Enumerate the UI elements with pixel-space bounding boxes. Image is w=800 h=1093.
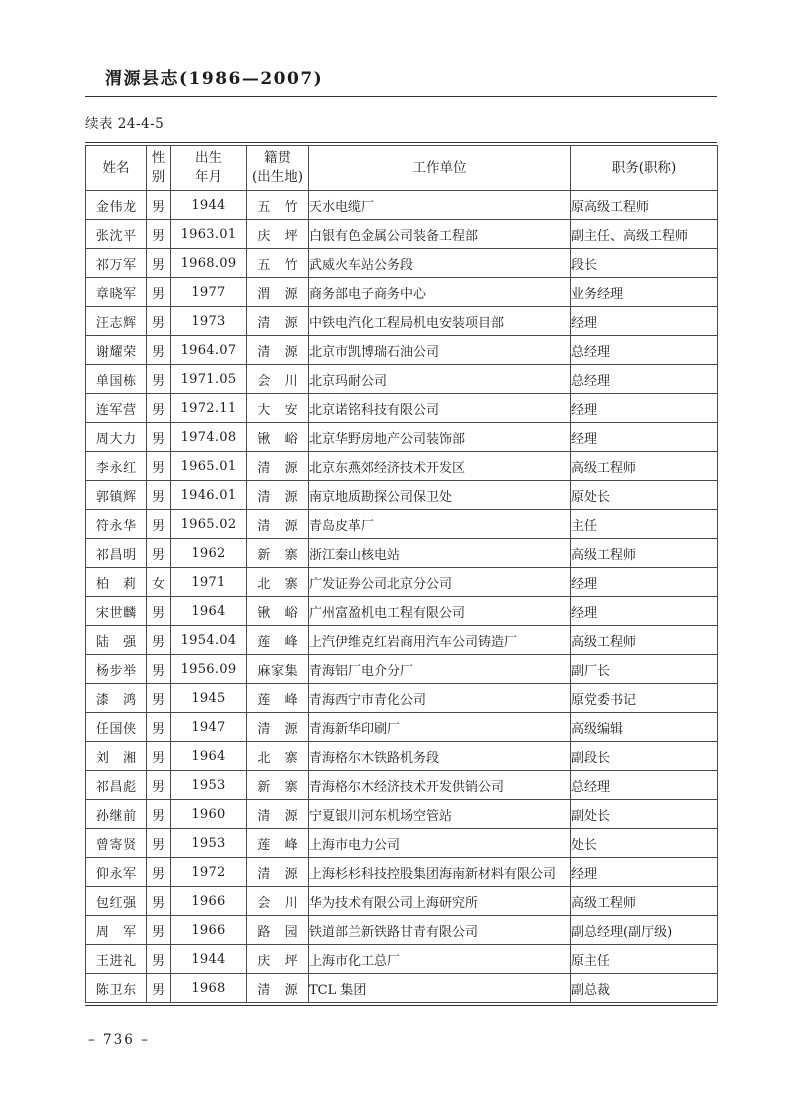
cell-title: 经理 xyxy=(571,394,718,423)
cell-name: 金伟龙 xyxy=(86,191,147,220)
cell-unit: 白银有色金属公司装备工程部 xyxy=(309,220,571,249)
table-row: 祁万军 男 1968.09 五竹 武威火车站公务段 段长 xyxy=(86,249,718,278)
cell-birth: 1944 xyxy=(171,945,247,974)
cell-gender: 男 xyxy=(147,887,171,916)
cell-unit: TCL 集团 xyxy=(309,974,571,1003)
cell-unit: 天水电缆厂 xyxy=(309,191,571,220)
cell-title: 高级工程师 xyxy=(571,887,718,916)
cell-name: 漆鸿 xyxy=(86,684,147,713)
table-caption: 续表 24-4-5 xyxy=(85,112,164,132)
cell-gender: 男 xyxy=(147,829,171,858)
column-header-birth: 出生 年月 xyxy=(171,146,247,191)
cell-birth: 1956.09 xyxy=(171,655,247,684)
cell-origin: 莲峰 xyxy=(247,626,309,655)
table-row: 宋世麟 男 1964 锹峪 广州富盈机电工程有限公司 经理 xyxy=(86,597,718,626)
table-row: 汪志辉 男 1973 清源 中铁电汽化工程局机电安装项目部 经理 xyxy=(86,307,718,336)
cell-unit: 北京诺铭科技有限公司 xyxy=(309,394,571,423)
cell-name: 符永华 xyxy=(86,510,147,539)
cell-gender: 男 xyxy=(147,307,171,336)
cell-gender: 男 xyxy=(147,539,171,568)
column-header-name: 姓名 xyxy=(86,146,147,191)
cell-birth: 1964 xyxy=(171,597,247,626)
cell-unit: 南京地质勘探公司保卫处 xyxy=(309,481,571,510)
cell-gender: 男 xyxy=(147,394,171,423)
cell-title: 经理 xyxy=(571,307,718,336)
cell-title: 副处长 xyxy=(571,800,718,829)
cell-title: 原处长 xyxy=(571,481,718,510)
cell-birth: 1964 xyxy=(171,742,247,771)
cell-title: 总经理 xyxy=(571,365,718,394)
cell-origin: 大安 xyxy=(247,394,309,423)
table-row: 王进礼 男 1944 庆坪 上海市化工总厂 原主任 xyxy=(86,945,718,974)
cell-title: 经理 xyxy=(571,423,718,452)
cell-gender: 男 xyxy=(147,365,171,394)
cell-title: 经理 xyxy=(571,597,718,626)
cell-title: 总经理 xyxy=(571,336,718,365)
cell-unit: 上汽伊维克红岩商用汽车公司铸造厂 xyxy=(309,626,571,655)
cell-unit: 商务部电子商务中心 xyxy=(309,278,571,307)
cell-gender: 男 xyxy=(147,336,171,365)
cell-title: 原党委书记 xyxy=(571,684,718,713)
cell-origin: 五竹 xyxy=(247,249,309,278)
cell-origin: 锹峪 xyxy=(247,597,309,626)
cell-name: 仰永军 xyxy=(86,858,147,887)
table-row: 谢耀荣 男 1964.07 清源 北京市凯博瑞石油公司 总经理 xyxy=(86,336,718,365)
cell-gender: 男 xyxy=(147,684,171,713)
cell-unit: 上海杉杉科技控股集团海南新材料有限公司 xyxy=(309,858,571,887)
cell-unit: 北京东燕郊经济技术开发区 xyxy=(309,452,571,481)
cell-name: 杨步举 xyxy=(86,655,147,684)
cell-origin: 清源 xyxy=(247,481,309,510)
cell-gender: 女 xyxy=(147,568,171,597)
cell-gender: 男 xyxy=(147,220,171,249)
cell-name: 单国栋 xyxy=(86,365,147,394)
cell-name: 祁昌明 xyxy=(86,539,147,568)
page-title: 渭源县志(1986—2007) xyxy=(105,69,323,89)
cell-title: 总经理 xyxy=(571,771,718,800)
cell-name: 张沈平 xyxy=(86,220,147,249)
table-row: 单国栋 男 1971.05 会川 北京玛耐公司 总经理 xyxy=(86,365,718,394)
cell-gender: 男 xyxy=(147,858,171,887)
cell-title: 副段长 xyxy=(571,742,718,771)
cell-birth: 1971 xyxy=(171,568,247,597)
table-row: 连军营 男 1972.11 大安 北京诺铭科技有限公司 经理 xyxy=(86,394,718,423)
table-row: 杨步举 男 1956.09 麻家集 青海铝厂电介分厂 副厂长 xyxy=(86,655,718,684)
cell-title: 原高级工程师 xyxy=(571,191,718,220)
cell-unit: 北京玛耐公司 xyxy=(309,365,571,394)
cell-unit: 浙江秦山核电站 xyxy=(309,539,571,568)
cell-name: 孙继前 xyxy=(86,800,147,829)
cell-origin: 清源 xyxy=(247,974,309,1003)
cell-unit: 铁道部兰新铁路甘青有限公司 xyxy=(309,916,571,945)
cell-origin: 清源 xyxy=(247,307,309,336)
cell-title: 副主任、高级工程师 xyxy=(571,220,718,249)
cell-birth: 1944 xyxy=(171,191,247,220)
cell-birth: 1960 xyxy=(171,800,247,829)
cell-gender: 男 xyxy=(147,974,171,1003)
cell-origin: 莲峰 xyxy=(247,829,309,858)
cell-gender: 男 xyxy=(147,655,171,684)
table-row: 周大力 男 1974.08 锹峪 北京华野房地产公司装饰部 经理 xyxy=(86,423,718,452)
cell-birth: 1966 xyxy=(171,916,247,945)
cell-name: 汪志辉 xyxy=(86,307,147,336)
cell-name: 章晓军 xyxy=(86,278,147,307)
cell-birth: 1977 xyxy=(171,278,247,307)
cell-birth: 1974.08 xyxy=(171,423,247,452)
cell-origin: 北寨 xyxy=(247,742,309,771)
cell-birth: 1954.04 xyxy=(171,626,247,655)
cell-gender: 男 xyxy=(147,481,171,510)
table-row: 章晓军 男 1977 渭源 商务部电子商务中心 业务经理 xyxy=(86,278,718,307)
cell-unit: 北京华野房地产公司装饰部 xyxy=(309,423,571,452)
cell-gender: 男 xyxy=(147,510,171,539)
cell-birth: 1963.01 xyxy=(171,220,247,249)
cell-title: 经理 xyxy=(571,568,718,597)
cell-name: 陆强 xyxy=(86,626,147,655)
cell-birth: 1965.02 xyxy=(171,510,247,539)
cell-gender: 男 xyxy=(147,713,171,742)
column-header-unit: 工作单位 xyxy=(309,146,571,191)
cell-title: 段长 xyxy=(571,249,718,278)
cell-origin: 会川 xyxy=(247,365,309,394)
cell-name: 柏莉 xyxy=(86,568,147,597)
cell-gender: 男 xyxy=(147,626,171,655)
table-row: 周军 男 1966 路园 铁道部兰新铁路甘青有限公司 副总经理(副厅级) xyxy=(86,916,718,945)
cell-name: 祁万军 xyxy=(86,249,147,278)
cell-gender: 男 xyxy=(147,916,171,945)
table-row: 郭镇辉 男 1946.01 清源 南京地质勘探公司保卫处 原处长 xyxy=(86,481,718,510)
table-row: 陈卫东 男 1968 清源 TCL 集团 副总裁 xyxy=(86,974,718,1003)
cell-birth: 1947 xyxy=(171,713,247,742)
cell-gender: 男 xyxy=(147,452,171,481)
table-header-row: 姓名 性 别 出生 年月 籍贯 (出生地) xyxy=(86,146,718,191)
cell-unit: 青海新华印刷厂 xyxy=(309,713,571,742)
cell-title: 高级工程师 xyxy=(571,539,718,568)
cell-title: 高级工程师 xyxy=(571,626,718,655)
cell-name: 王进礼 xyxy=(86,945,147,974)
cell-gender: 男 xyxy=(147,249,171,278)
cell-origin: 路园 xyxy=(247,916,309,945)
cell-origin: 新寨 xyxy=(247,539,309,568)
cell-unit: 武威火车站公务段 xyxy=(309,249,571,278)
cell-origin: 锹峪 xyxy=(247,423,309,452)
cell-name: 李永红 xyxy=(86,452,147,481)
cell-unit: 华为技术有限公司上海研究所 xyxy=(309,887,571,916)
cell-title: 副总经理(副厅级) xyxy=(571,916,718,945)
cell-title: 高级编辑 xyxy=(571,713,718,742)
cell-gender: 男 xyxy=(147,742,171,771)
table-row: 任国侠 男 1947 清源 青海新华印刷厂 高级编辑 xyxy=(86,713,718,742)
cell-origin: 清源 xyxy=(247,336,309,365)
table-row: 祁昌明 男 1962 新寨 浙江秦山核电站 高级工程师 xyxy=(86,539,718,568)
cell-name: 周大力 xyxy=(86,423,147,452)
cell-title: 主任 xyxy=(571,510,718,539)
table-row: 包红强 男 1966 会川 华为技术有限公司上海研究所 高级工程师 xyxy=(86,887,718,916)
cell-name: 刘湘 xyxy=(86,742,147,771)
cell-name: 陈卫东 xyxy=(86,974,147,1003)
cell-name: 连军营 xyxy=(86,394,147,423)
cell-unit: 广州富盈机电工程有限公司 xyxy=(309,597,571,626)
cell-gender: 男 xyxy=(147,945,171,974)
cell-title: 原主任 xyxy=(571,945,718,974)
cell-birth: 1953 xyxy=(171,829,247,858)
cell-unit: 青海格尔木经济技术开发供销公司 xyxy=(309,771,571,800)
cell-gender: 男 xyxy=(147,278,171,307)
cell-birth: 1966 xyxy=(171,887,247,916)
table-row: 刘湘 男 1964 北寨 青海格尔木铁路机务段 副段长 xyxy=(86,742,718,771)
cell-name: 郭镇辉 xyxy=(86,481,147,510)
table-row: 曾寄贤 男 1953 莲峰 上海市电力公司 处长 xyxy=(86,829,718,858)
cell-unit: 青岛皮革厂 xyxy=(309,510,571,539)
cell-birth: 1965.01 xyxy=(171,452,247,481)
table-body: 金伟龙 男 1944 五竹 天水电缆厂 原高级工程师 张沈平 男 1963.01… xyxy=(86,191,718,1003)
cell-birth: 1946.01 xyxy=(171,481,247,510)
table-row: 柏莉 女 1971 北寨 广发证券公司北京分公司 经理 xyxy=(86,568,718,597)
cell-unit: 广发证券公司北京分公司 xyxy=(309,568,571,597)
cell-gender: 男 xyxy=(147,597,171,626)
page-number: – 736 – xyxy=(88,1032,150,1048)
cell-name: 曾寄贤 xyxy=(86,829,147,858)
table-row: 陆强 男 1954.04 莲峰 上汽伊维克红岩商用汽车公司铸造厂 高级工程师 xyxy=(86,626,718,655)
cell-origin: 清源 xyxy=(247,858,309,887)
cell-name: 包红强 xyxy=(86,887,147,916)
cell-birth: 1945 xyxy=(171,684,247,713)
cell-birth: 1972 xyxy=(171,858,247,887)
cell-gender: 男 xyxy=(147,771,171,800)
column-header-gender: 性 别 xyxy=(147,146,171,191)
document-page: 渭源县志(1986—2007) 续表 24-4-5 姓名 性 别 xyxy=(0,0,800,1093)
cell-origin: 清源 xyxy=(247,510,309,539)
cell-origin: 莲峰 xyxy=(247,684,309,713)
table-row: 孙继前 男 1960 清源 宁夏银川河东机场空管站 副处长 xyxy=(86,800,718,829)
cell-unit: 宁夏银川河东机场空管站 xyxy=(309,800,571,829)
roster-table: 姓名 性 别 出生 年月 籍贯 (出生地) xyxy=(85,145,718,1003)
cell-gender: 男 xyxy=(147,800,171,829)
table-row: 张沈平 男 1963.01 庆坪 白银有色金属公司装备工程部 副主任、高级工程师 xyxy=(86,220,718,249)
cell-unit: 北京市凯博瑞石油公司 xyxy=(309,336,571,365)
cell-gender: 男 xyxy=(147,191,171,220)
cell-origin: 会川 xyxy=(247,887,309,916)
cell-unit: 青海铝厂电介分厂 xyxy=(309,655,571,684)
cell-title: 副厂长 xyxy=(571,655,718,684)
cell-origin: 庆坪 xyxy=(247,945,309,974)
cell-origin: 渭源 xyxy=(247,278,309,307)
cell-origin: 庆坪 xyxy=(247,220,309,249)
column-header-title: 职务(职称) xyxy=(571,146,718,191)
cell-unit: 青海格尔木铁路机务段 xyxy=(309,742,571,771)
cell-birth: 1973 xyxy=(171,307,247,336)
table-row: 仰永军 男 1972 清源 上海杉杉科技控股集团海南新材料有限公司 经理 xyxy=(86,858,718,887)
table-row: 金伟龙 男 1944 五竹 天水电缆厂 原高级工程师 xyxy=(86,191,718,220)
cell-origin: 清源 xyxy=(247,452,309,481)
cell-origin: 北寨 xyxy=(247,568,309,597)
cell-gender: 男 xyxy=(147,423,171,452)
cell-title: 经理 xyxy=(571,858,718,887)
cell-name: 任国侠 xyxy=(86,713,147,742)
cell-birth: 1972.11 xyxy=(171,394,247,423)
table-row: 祁昌彪 男 1953 新寨 青海格尔木经济技术开发供销公司 总经理 xyxy=(86,771,718,800)
cell-origin: 麻家集 xyxy=(247,655,309,684)
cell-birth: 1968.09 xyxy=(171,249,247,278)
table-row: 李永红 男 1965.01 清源 北京东燕郊经济技术开发区 高级工程师 xyxy=(86,452,718,481)
cell-unit: 上海市电力公司 xyxy=(309,829,571,858)
cell-title: 处长 xyxy=(571,829,718,858)
cell-name: 谢耀荣 xyxy=(86,336,147,365)
table-row: 漆鸿 男 1945 莲峰 青海西宁市青化公司 原党委书记 xyxy=(86,684,718,713)
cell-name: 周军 xyxy=(86,916,147,945)
cell-origin: 清源 xyxy=(247,800,309,829)
cell-name: 宋世麟 xyxy=(86,597,147,626)
column-header-origin: 籍贯 (出生地) xyxy=(247,146,309,191)
cell-birth: 1968 xyxy=(171,974,247,1003)
cell-unit: 上海市化工总厂 xyxy=(309,945,571,974)
cell-origin: 新寨 xyxy=(247,771,309,800)
cell-title: 副总裁 xyxy=(571,974,718,1003)
roster-table-wrap: 姓名 性 别 出生 年月 籍贯 (出生地) xyxy=(85,142,717,1006)
cell-title: 高级工程师 xyxy=(571,452,718,481)
masthead: 渭源县志(1986—2007) xyxy=(85,64,717,97)
cell-birth: 1953 xyxy=(171,771,247,800)
cell-title: 业务经理 xyxy=(571,278,718,307)
table-row: 符永华 男 1965.02 清源 青岛皮革厂 主任 xyxy=(86,510,718,539)
cell-unit: 青海西宁市青化公司 xyxy=(309,684,571,713)
cell-birth: 1964.07 xyxy=(171,336,247,365)
cell-unit: 中铁电汽化工程局机电安装项目部 xyxy=(309,307,571,336)
cell-name: 祁昌彪 xyxy=(86,771,147,800)
cell-origin: 五竹 xyxy=(247,191,309,220)
cell-origin: 清源 xyxy=(247,713,309,742)
cell-birth: 1971.05 xyxy=(171,365,247,394)
cell-birth: 1962 xyxy=(171,539,247,568)
